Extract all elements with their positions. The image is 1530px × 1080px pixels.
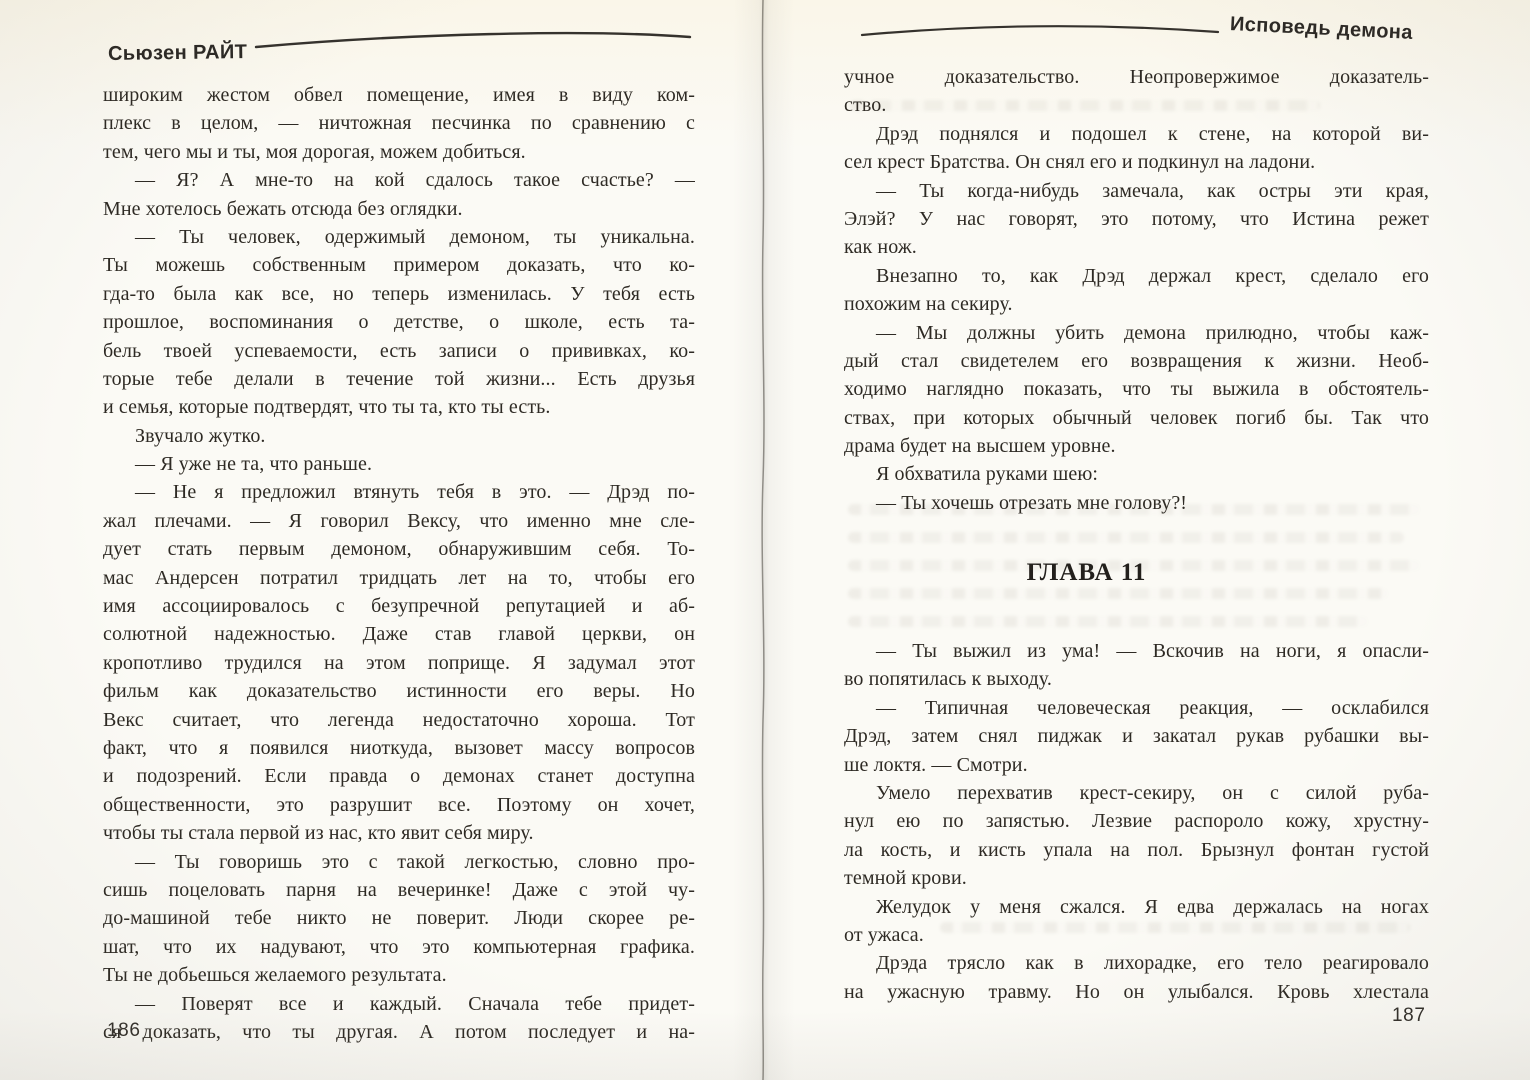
text-line: Дрэд поднялся и подошел к стене, на кото… — [844, 120, 1429, 148]
text-line: чтобы ты стала первой из нас, кто явит с… — [103, 819, 695, 847]
text-line: Желудок у меня сжался. Я едва держалась … — [844, 893, 1429, 921]
text-line: шат, что их надувают, что это компьютерн… — [103, 933, 695, 961]
book-gutter-fold — [756, 0, 770, 1080]
chapter-heading: ГЛАВА 11 — [844, 556, 1429, 590]
text-line: — Я? А мне-то на кой сдалось такое счаст… — [103, 166, 695, 194]
text-line: Дрэд, затем снял пиджак и закатал рукав … — [844, 722, 1429, 750]
text-line: бель твоей успеваемости, есть записи о п… — [103, 337, 695, 365]
text-line: ствах, при которых обычный человек погиб… — [844, 404, 1429, 432]
left-page-number: 186 — [107, 1020, 141, 1042]
text-line: — Ты хочешь отрезать мне голову?! — [844, 489, 1429, 517]
text-line: до-машиной тебе никто не поверит. Люди с… — [103, 904, 695, 932]
text-line: мас Андерсен потратил тридцать лет на то… — [103, 564, 695, 592]
bleed-through-artifact — [848, 532, 1404, 543]
text-line: Ты не добьешься желаемого результата. — [103, 961, 695, 989]
text-line: ходимо наглядно показать, что ты выжила … — [844, 375, 1429, 403]
text-line: нул ею по запястью. Лезвие распороло кож… — [844, 807, 1429, 835]
text-line: — Типичная человеческая реакция, — оскла… — [844, 694, 1429, 722]
text-line: от ужаса. — [844, 921, 1429, 949]
text-line: — Ты человек, одержимый демоном, ты уник… — [103, 223, 695, 251]
text-line: кропотливо трудился на этом поприще. Я з… — [103, 649, 695, 677]
text-line: сишь поцеловать парня на вечеринке! Даже… — [103, 876, 695, 904]
text-line: — Ты говоришь это с такой легкостью, сло… — [103, 848, 695, 876]
text-line: ла кость, и кисть упала на пол. Брызнул … — [844, 836, 1429, 864]
text-line: Внезапно то, как Дрэд держал крест, сдел… — [844, 262, 1429, 290]
text-line: ся доказать, что ты другая. А потом посл… — [103, 1018, 695, 1046]
text-line: сел крест Братства. Он снял его и подкин… — [844, 148, 1429, 176]
text-line: и подозрений. Если правда о демонах стан… — [103, 762, 695, 790]
text-line: на ужасную травму. Но он улыбался. Кровь… — [844, 978, 1429, 1006]
text-line: тем, чего мы и ты, моя дорогая, можем до… — [103, 138, 695, 166]
text-line: жал плечами. — Я говорил Вексу, что имен… — [103, 507, 695, 535]
text-line: темной крови. — [844, 864, 1429, 892]
text-line: дый стал свидетелем его возвращения к жи… — [844, 347, 1429, 375]
text-line: как нож. — [844, 233, 1429, 261]
left-page-text: широким жестом обвел помещение, имея в в… — [103, 81, 695, 1046]
text-line: плекс в целом, — ничтожная песчинка по с… — [103, 109, 695, 137]
bleed-through-artifact — [848, 616, 1368, 627]
text-line: ше локтя. — Смотри. — [844, 751, 1429, 779]
text-line: — Мы должны убить демона прилюдно, чтобы… — [844, 319, 1429, 347]
text-line: Элэй? У нас говорят, это потому, что Ист… — [844, 205, 1429, 233]
text-line: солютной надежностью. Даже став главой ц… — [103, 620, 695, 648]
text-line: Я обхватила руками шею: — [844, 460, 1429, 488]
header-rule-left — [254, 29, 694, 55]
running-header-title: Исповедь демона — [1229, 13, 1413, 45]
text-line: факт, что я появился ниоткуда, вызовет м… — [103, 734, 695, 762]
header-rule-right — [860, 21, 1220, 43]
text-line: Векс считает, что легенда недостаточно х… — [103, 706, 695, 734]
right-page-text-upper: учное доказательство. Неопровержимое док… — [844, 63, 1429, 517]
text-line: — Я уже не та, что раньше. — [103, 450, 695, 478]
text-line: — Поверят все и каждый. Сначала тебе при… — [103, 990, 695, 1018]
text-line: общественности, это разрушит все. Поэтом… — [103, 791, 695, 819]
running-header-author: Сьюзен РАЙТ — [108, 41, 248, 66]
text-line: широким жестом обвел помещение, имея в в… — [103, 81, 695, 109]
text-line: гда-то была как все, но теперь изменилас… — [103, 280, 695, 308]
text-line: учное доказательство. Неопровержимое док… — [844, 63, 1429, 91]
text-line: во попятилась к выходу. — [844, 665, 1429, 693]
text-line: драма будет на высшем уровне. — [844, 432, 1429, 460]
text-line: — Ты когда-нибудь замечала, как остры эт… — [844, 177, 1429, 205]
text-line: Ты можешь собственным примером доказать,… — [103, 251, 695, 279]
book-spread: Сьюзен РАЙТ широким жестом обвел помещен… — [0, 0, 1530, 1080]
text-line: дует стать первым демоном, обнаружившим … — [103, 535, 695, 563]
text-line: похожим на секиру. — [844, 290, 1429, 318]
text-line: — Ты выжил из ума! — Вскочив на ноги, я … — [844, 637, 1429, 665]
right-page-text-lower: — Ты выжил из ума! — Вскочив на ноги, я … — [844, 637, 1429, 1006]
text-line: и семья, которые подтвердят, что ты та, … — [103, 393, 695, 421]
text-line: — Не я предложил втянуть тебя в это. — Д… — [103, 478, 695, 506]
text-line: торые тебе делали в течение той жизни...… — [103, 365, 695, 393]
text-line: фильм как доказательство истинности его … — [103, 677, 695, 705]
text-line: Мне хотелось бежать отсюда без оглядки. — [103, 195, 695, 223]
text-line: Умело перехватив крест-секиру, он с сило… — [844, 779, 1429, 807]
text-line: прошлое, воспоминания о детстве, о школе… — [103, 308, 695, 336]
text-line: Дрэда трясло как в лихорадке, его тело р… — [844, 949, 1429, 977]
right-page-number: 187 — [1392, 1005, 1426, 1027]
text-line: имя ассоциировалось с безупречной репута… — [103, 592, 695, 620]
text-line: ство. — [844, 91, 1429, 119]
text-line: Звучало жутко. — [103, 422, 695, 450]
